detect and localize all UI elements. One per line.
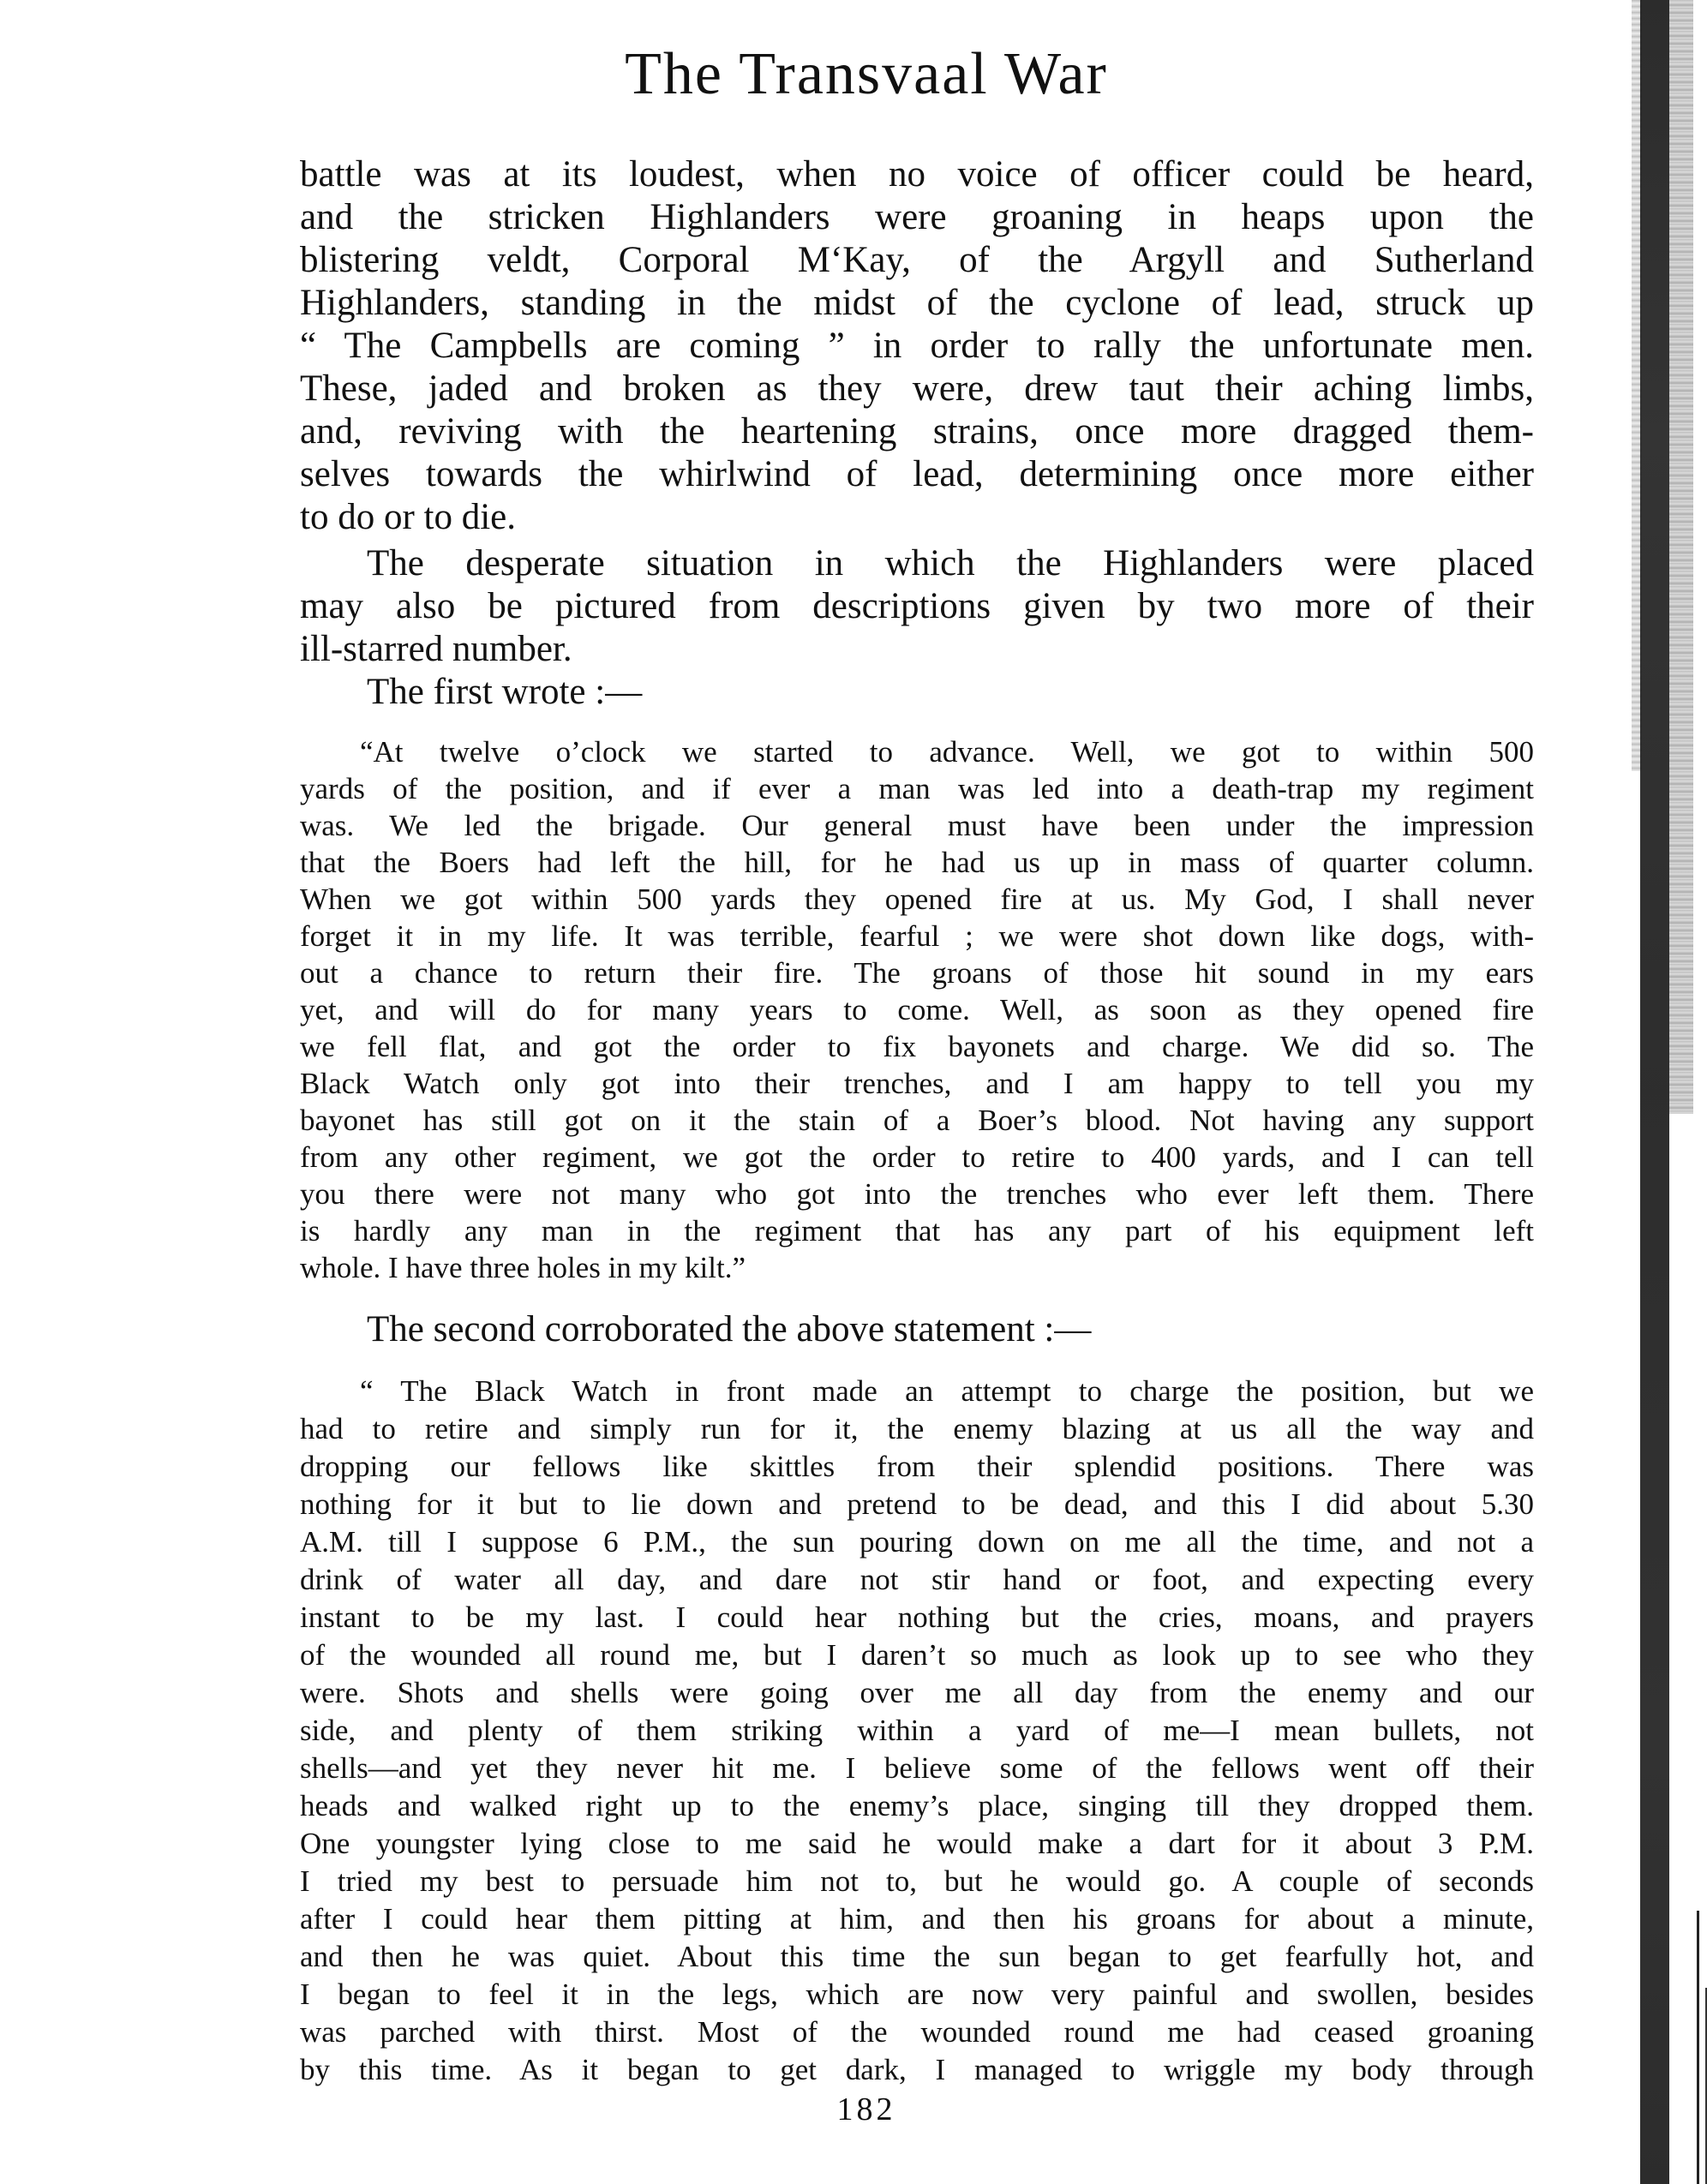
running-head: The Transvaal War: [0, 45, 1707, 105]
quote-line: drink of water all day, and dare not sti…: [300, 1565, 1534, 1595]
quote-line: from any other regiment, we got the orde…: [300, 1142, 1534, 1172]
text-line: “ The Campbells are coming ” in order to…: [300, 327, 1534, 364]
quote-line: whole. I have three holes in my kilt.”: [300, 1253, 1534, 1283]
quote-line: by this time. As it began to get dark, I…: [300, 2055, 1534, 2085]
scan-noise-strip: [1669, 0, 1693, 1114]
quote-line: dropping our fellows like skittles from …: [300, 1451, 1534, 1481]
quote-line: instant to be my last. I could hear noth…: [300, 1602, 1534, 1632]
text-line: ill-starred number.: [300, 631, 1534, 667]
quote-line: nothing for it but to lie down and prete…: [300, 1489, 1534, 1519]
text-line: may also be pictured from descriptions g…: [300, 588, 1534, 625]
text-line: selves towards the whirlwind of lead, de…: [300, 456, 1534, 493]
page-edge-line: [1697, 1911, 1699, 2184]
quote-line: yet, and will do for many years to come.…: [300, 995, 1534, 1025]
quote-line: after I could hear them pitting at him, …: [300, 1904, 1534, 1934]
quote-line: “ The Black Watch in front made an attem…: [360, 1376, 1534, 1406]
quote-line: side, and plenty of them striking within…: [300, 1715, 1534, 1745]
text-line: battle was at its loudest, when no voice…: [300, 156, 1534, 193]
quote-line: shells—and yet they never hit me. I beli…: [300, 1753, 1534, 1783]
quote-line: was. We led the brigade. Our general mus…: [300, 811, 1534, 841]
text-line: blistering veldt, Corporal M‘Kay, of the…: [300, 242, 1534, 278]
page-number: 182: [0, 2091, 1707, 2128]
text-line: and the stricken Highlanders were groani…: [300, 199, 1534, 236]
quote-line: heads and walked right up to the enemy’s…: [300, 1791, 1534, 1821]
quote-line: and then he was quiet. About this time t…: [300, 1942, 1534, 1972]
text-line: These, jaded and broken as they were, dr…: [300, 370, 1534, 407]
text-line: Highlanders, standing in the midst of th…: [300, 284, 1534, 321]
binding-shadow: [1640, 0, 1669, 2184]
quote-line: out a chance to return their fire. The g…: [300, 958, 1534, 988]
quote-line: bayonet has still got on it the stain of…: [300, 1105, 1534, 1135]
quote-line: we fell flat, and got the order to fix b…: [300, 1032, 1534, 1062]
quote-line: you there were not many who got into the…: [300, 1179, 1534, 1209]
quote-line: yards of the position, and if ever a man…: [300, 774, 1534, 804]
quote-line: Black Watch only got into their trenches…: [300, 1068, 1534, 1098]
text-line: The second corroborated the above statem…: [367, 1311, 1534, 1348]
quote-line: is hardly any man in the regiment that h…: [300, 1216, 1534, 1246]
quote-line: was parched with thirst. Most of the wou…: [300, 2017, 1534, 2047]
quote-line: A.M. till I suppose 6 P.M., the sun pour…: [300, 1527, 1534, 1557]
text-line: and, reviving with the heartening strain…: [300, 413, 1534, 450]
quote-line: that the Boers had left the hill, for he…: [300, 847, 1534, 877]
text-line: to do or to die.: [300, 499, 1534, 536]
quote-line: of the wounded all round me, but I daren…: [300, 1640, 1534, 1670]
quote-line: When we got within 500 yards they opened…: [300, 884, 1534, 914]
quote-line: forget it in my life. It was terrible, f…: [300, 921, 1534, 951]
text-line: The first wrote :—: [367, 673, 1534, 710]
quote-line: I tried my best to persuade him not to, …: [300, 1866, 1534, 1896]
quote-line: I began to feel it in the legs, which ar…: [300, 1979, 1534, 2009]
quote-line: had to retire and simply run for it, the…: [300, 1414, 1534, 1444]
book-page: The Transvaal War battle was at its loud…: [0, 0, 1707, 2184]
quote-line: One youngster lying close to me said he …: [300, 1828, 1534, 1858]
text-line: The desperate situation in which the Hig…: [367, 545, 1534, 582]
page-edge-shadow: [1628, 0, 1707, 2184]
quote-line: were. Shots and shells were going over m…: [300, 1678, 1534, 1708]
quote-line: “At twelve o’clock we started to advance…: [360, 737, 1534, 767]
